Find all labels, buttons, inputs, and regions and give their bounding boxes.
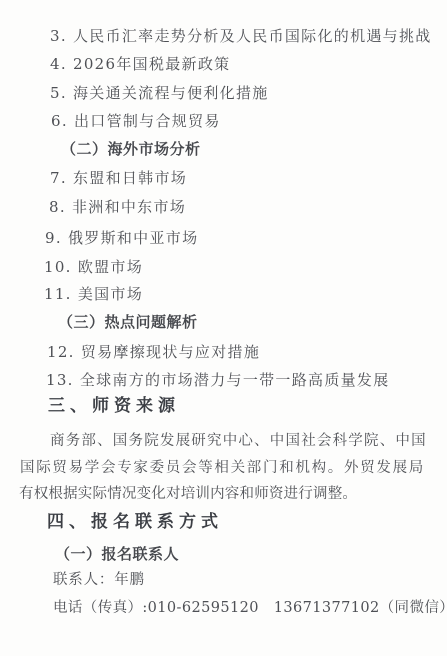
list-item-5-customs-clearance: 5. 海关通关流程与便利化措施: [50, 86, 269, 101]
list-item-4-tax-policy: 4. 2026年国税最新政策: [50, 57, 230, 72]
list-item-7-asean-japan-korea-market: 7. 东盟和日韩市场: [50, 171, 187, 186]
paragraph-line-1: 商务部、国务院发展研究中心、中国社会科学院、中国: [50, 434, 427, 449]
list-item-3-rmb-exchange-rate: 3. 人民币汇率走势分析及人民币国际化的机遇与挑战: [50, 29, 432, 44]
list-item-9-russia-central-asia-market: 9. 俄罗斯和中亚市场: [45, 231, 198, 246]
section-heading-teacher-source: 三、师资来源: [48, 398, 180, 415]
document-page: 3. 人民币汇率走势分析及人民币国际化的机遇与挑战 4. 2026年国税最新政策…: [0, 0, 447, 656]
section-heading-registration-contact: 四、报名联系方式: [47, 514, 223, 531]
list-item-13-global-south-belt-road: 13. 全球南方的市场潜力与一带一路高质量发展: [46, 373, 390, 388]
paragraph-line-2: 国际贸易学会专家委员会等相关部门和机构。外贸发展局: [20, 461, 425, 476]
contact-person-line: 联系人：年鹏: [53, 573, 145, 588]
sub-heading-overseas-market-analysis: （二）海外市场分析: [61, 142, 201, 157]
paragraph-line-3: 有权根据实际情况变化对培训内容和师资进行调整。: [19, 487, 357, 502]
list-item-12-trade-friction: 12. 贸易摩擦现状与应对措施: [47, 345, 260, 360]
list-item-10-eu-market: 10. 欧盟市场: [44, 260, 143, 275]
list-item-11-us-market: 11. 美国市场: [44, 287, 143, 302]
list-item-8-africa-middle-east-market: 8. 非洲和中东市场: [49, 200, 186, 215]
phone-fax-line: 电话（传真）:010-62595120 13671377102（同微信）: [53, 601, 447, 616]
sub-heading-hot-topics-analysis: （三）热点问题解析: [58, 315, 198, 330]
sub-heading-registration-contact-person: （一）报名联系人: [55, 547, 179, 562]
list-item-6-export-control: 6. 出口管制与合规贸易: [51, 114, 221, 129]
